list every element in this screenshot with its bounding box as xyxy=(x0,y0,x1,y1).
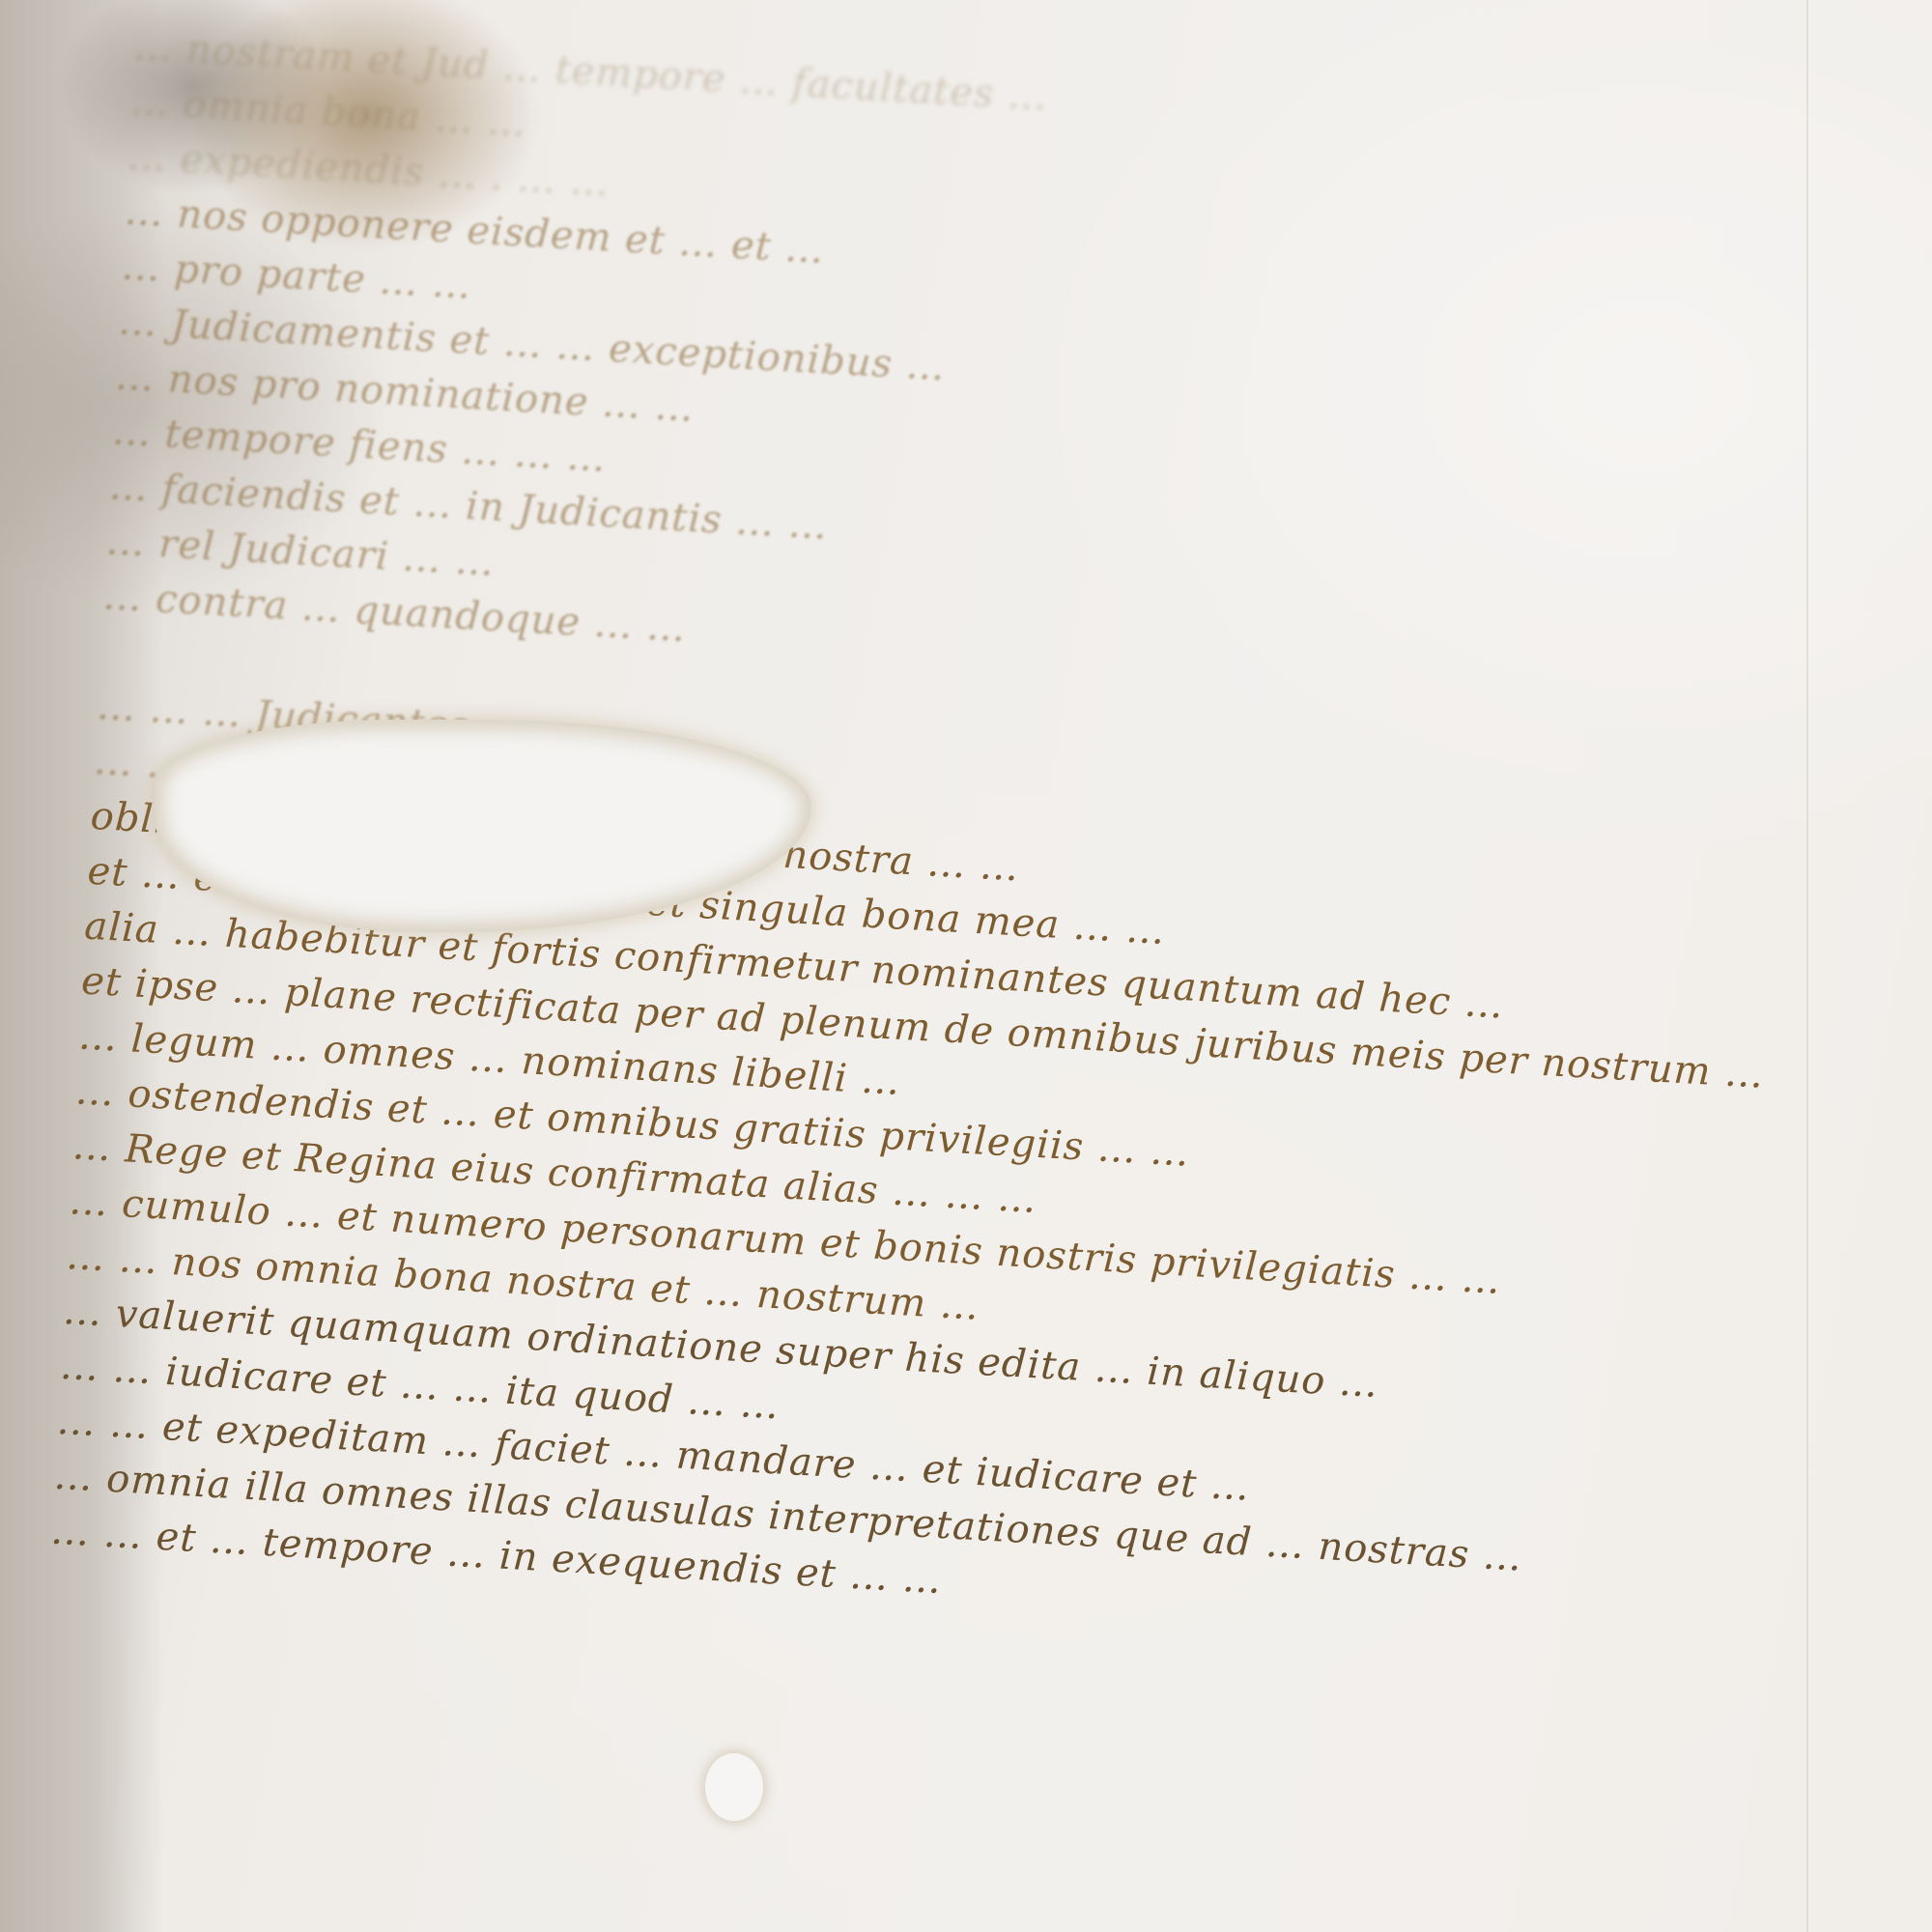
parchment-small-hole xyxy=(705,1753,763,1821)
manuscript-photo: … nostram et Jud … tempore … facultates … xyxy=(0,0,1932,1932)
